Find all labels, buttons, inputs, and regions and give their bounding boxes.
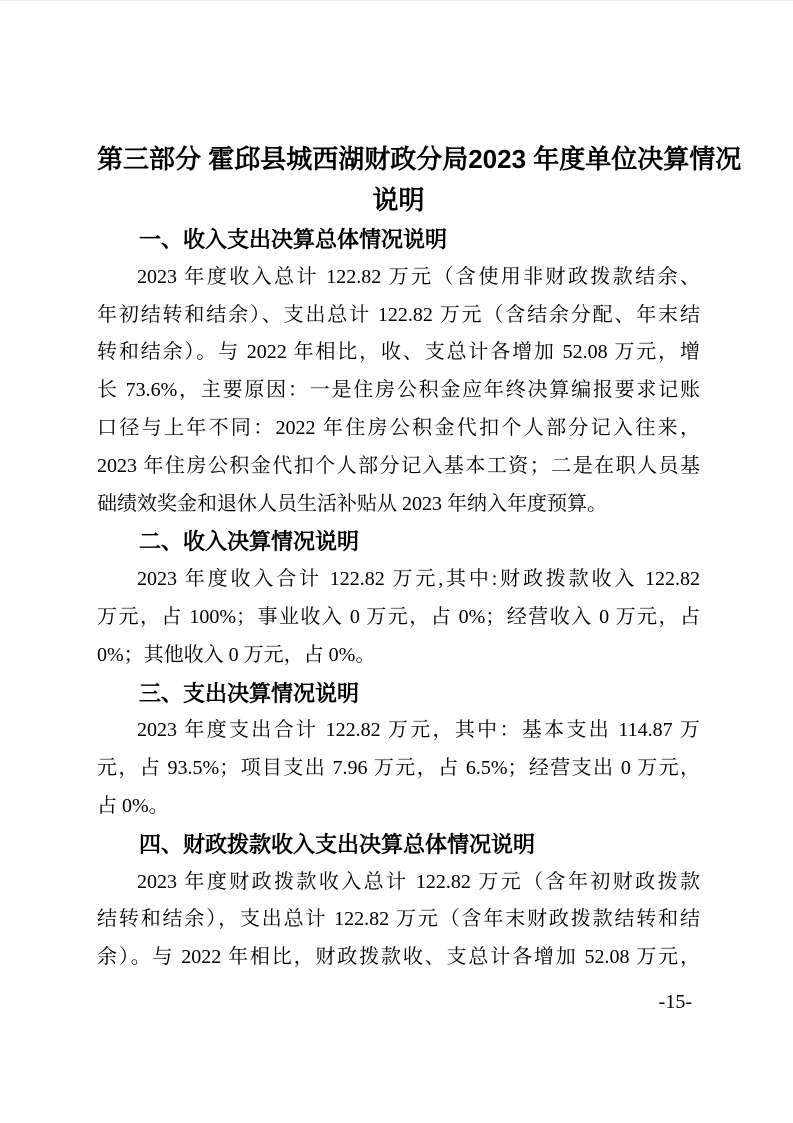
paragraph-line: 年初结转和结余）、支出总计 122.82 万元（含结余分配、年末结 (97, 297, 700, 335)
document-title-line-1: 第三部分 霍邱县城西湖财政分局2023 年度单位决算情况 (97, 139, 700, 180)
section-heading-4: 四、财政拨款收入支出决算总体情况说明 (97, 826, 700, 864)
paragraph-line: 2023 年度财政拨款收入总计 122.82 万元（含年初财政拨款 (97, 864, 700, 902)
paragraph-line: 2023 年住房公积金代扣个人部分记入基本工资；二是在职人员基 (97, 448, 700, 486)
paragraph-line: 2023 年度收入总计 122.82 万元（含使用非财政拨款结余、 (97, 259, 700, 297)
paragraph-line: 转和结余）。与 2022 年相比，收、支总计各增加 52.08 万元，增 (97, 334, 700, 372)
section-heading-1: 一、收入支出决算总体情况说明 (97, 221, 700, 259)
paragraph-line: 础绩效奖金和退休人员生活补贴从 2023 年纳入年度预算。 (97, 486, 700, 524)
paragraph-line: 元，占 93.5%；项目支出 7.96 万元，占 6.5%；经营支出 0 万元， (97, 750, 700, 788)
section-expenditure-detail: 三、支出决算情况说明 2023 年度支出合计 122.82 万元，其中：基本支出… (97, 675, 700, 826)
paragraph-line: 长 73.6%，主要原因：一是住房公积金应年终决算编报要求记账 (97, 372, 700, 410)
paragraph-line: 结转和结余），支出总计 122.82 万元（含年末财政拨款结转和结 (97, 901, 700, 939)
paragraph-line: 2023 年度收入合计 122.82 万元,其中:财政拨款收入 122.82 (97, 561, 700, 599)
section-revenue-detail: 二、收入决算情况说明 2023 年度收入合计 122.82 万元,其中:财政拨款… (97, 523, 700, 674)
paragraph-line: 余）。与 2022 年相比，财政拨款收、支总计各增加 52.08 万元， (97, 939, 700, 977)
paragraph-line: 占 0%。 (97, 788, 700, 826)
section-fiscal-appropriation-overview: 四、财政拨款收入支出决算总体情况说明 2023 年度财政拨款收入总计 122.8… (97, 826, 700, 977)
paragraph-line: 口径与上年不同：2022 年住房公积金代扣个人部分记入往来， (97, 410, 700, 448)
document-title: 第三部分 霍邱县城西湖财政分局2023 年度单位决算情况 说明 (97, 139, 700, 221)
section-overall-revenue-expenditure: 一、收入支出决算总体情况说明 2023 年度收入总计 122.82 万元（含使用… (97, 221, 700, 523)
section-heading-3: 三、支出决算情况说明 (97, 675, 700, 713)
paragraph-line: 2023 年度支出合计 122.82 万元，其中：基本支出 114.87 万 (97, 712, 700, 750)
paragraph-line: 0%；其他收入 0 万元，占 0%。 (97, 637, 700, 675)
document-content: 第三部分 霍邱县城西湖财政分局2023 年度单位决算情况 说明 一、收入支出决算… (97, 139, 700, 977)
section-heading-2: 二、收入决算情况说明 (97, 523, 700, 561)
page-number: -15- (659, 991, 692, 1013)
document-page: 第三部分 霍邱县城西湖财政分局2023 年度单位决算情况 说明 一、收入支出决算… (0, 0, 793, 1123)
document-title-line-2: 说明 (97, 180, 700, 221)
paragraph-line: 万元，占 100%；事业收入 0 万元，占 0%；经营收入 0 万元，占 (97, 599, 700, 637)
